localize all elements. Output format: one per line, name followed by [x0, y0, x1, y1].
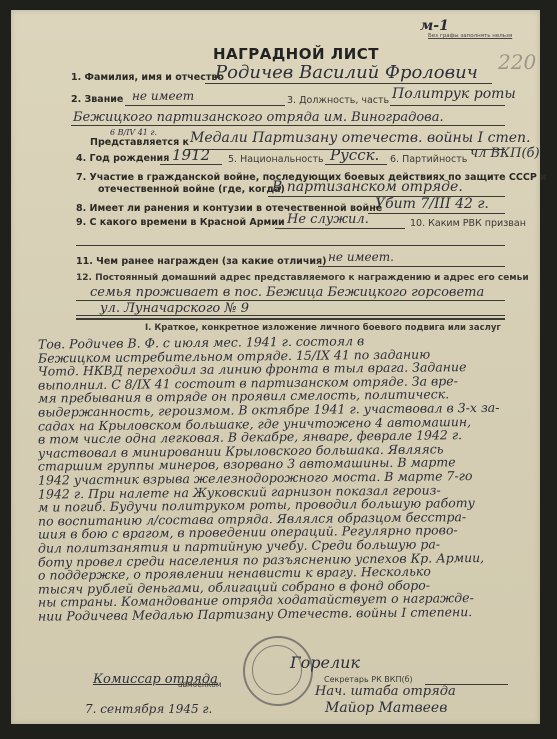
field-combat-value: В партизанском отряде. — [272, 179, 463, 195]
field-wounds-value: Убит 7/III 42 г. — [375, 196, 489, 212]
field-name-label: 1. Фамилия, имя и отчество — [71, 72, 224, 83]
field-rvk-label: 10. Каким РВК призван — [410, 218, 526, 229]
corner-note: Без графы заполнять нельзя — [428, 33, 512, 39]
field-rank-label: 2. Звание — [71, 94, 123, 105]
narrative-block: Тов. Родичев В. Ф. с июля мес. 1941 г. с… — [38, 335, 538, 620]
pencil-number: 220 — [498, 50, 536, 74]
chief-of-staff-label: Нач. штаба отряда — [315, 684, 456, 699]
field-awards-value: не имеет. — [328, 250, 394, 264]
field-position-value-cont: Бежицкого партизанского отряда им. Виног… — [73, 110, 444, 125]
document-date: 7. сентября 1945 г. — [85, 702, 212, 716]
chief-of-staff-name: Майор Матвеев — [325, 700, 447, 716]
field-birth-year-value: 1912 — [172, 146, 210, 164]
field-position-label: 3. Должность, часть — [287, 95, 389, 106]
field-address-value-b: ул. Луначарского № 9 — [100, 301, 249, 316]
field-nationality-value: Русск. — [330, 146, 379, 164]
field-presented-value: Медали Партизану отечеств. войны I степ. — [190, 130, 530, 146]
field-party-value: чл ВКП(б) — [470, 146, 540, 161]
field-birth-year-label: 4. Год рождения — [76, 153, 169, 164]
presented-date-note: 6 В/IV 41 г. — [110, 128, 157, 137]
field-position-value: Политрук роты — [392, 86, 516, 102]
field-party-label: 6. Партийность — [390, 154, 467, 165]
printed-military-label: авмоенком — [178, 680, 222, 689]
secretary-label: Секретарь РК ВКП(б) — [324, 675, 413, 684]
document-title: НАГРАДНОЙ ЛИСТ — [213, 45, 379, 63]
field-address-value-a: семья проживает в пос. Бежица Бежицкого … — [90, 285, 484, 300]
field-nationality-label: 5. Национальность — [228, 154, 324, 165]
commissar-signature: Горелик — [290, 653, 360, 672]
section-heading: I. Краткое, конкретное изложение личного… — [145, 323, 501, 333]
corner-mark: м-1 — [420, 18, 449, 34]
field-rank-value: не имеет — [132, 89, 194, 103]
field-name-value: Родичев Василий Фролович — [215, 62, 478, 83]
field-army-since-value: Не служил. — [287, 212, 369, 227]
field-address-label: 12. Постоянный домашний адрес представля… — [76, 273, 529, 283]
field-combat-label-b: отечественной войне (где, когда) — [98, 184, 285, 195]
field-awards-label: 11. Чем ранее награжден (за какие отличи… — [76, 256, 326, 267]
field-army-since-label: 9. С какого времени в Красной Армии — [76, 217, 285, 228]
